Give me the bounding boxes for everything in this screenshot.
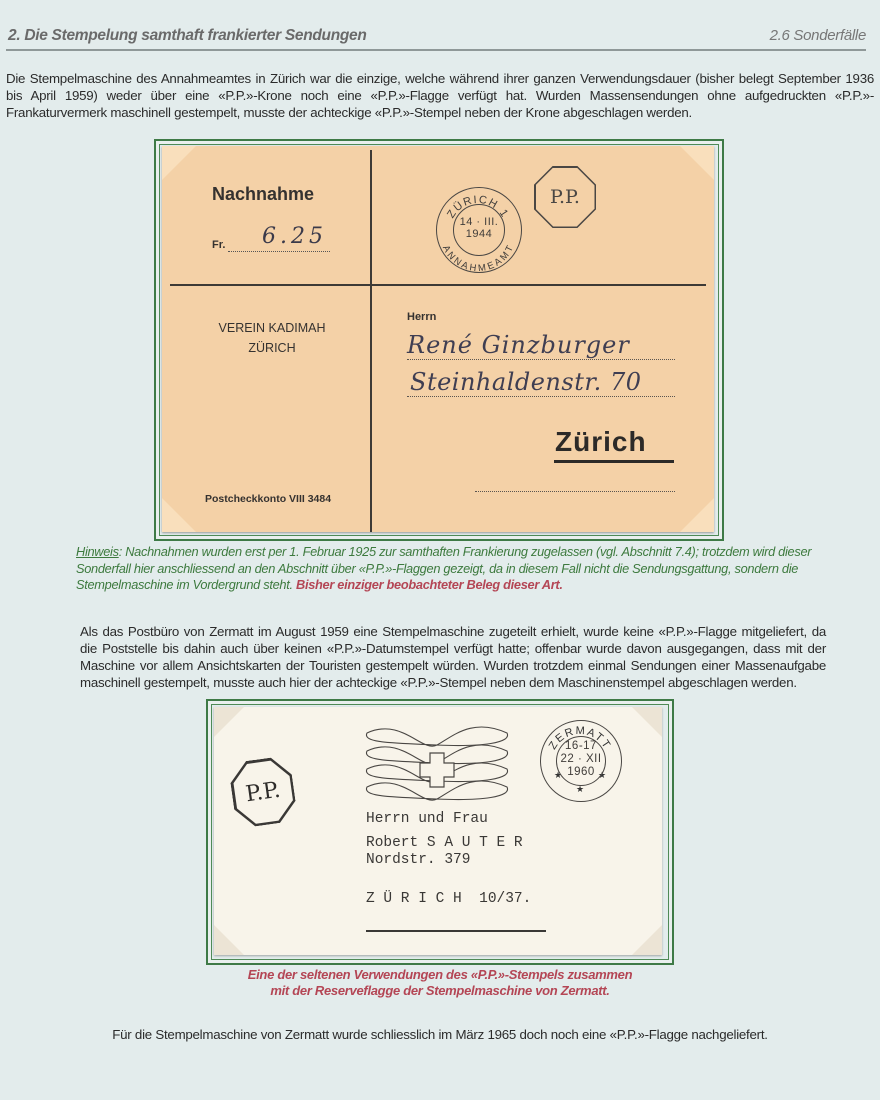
machine-flag-swiss-cross	[362, 723, 512, 808]
caption-line-2: mit der Reserveflagge der Stempelmaschin…	[0, 983, 880, 999]
photo-corner	[214, 707, 244, 737]
recipient-city: Zürich	[555, 426, 647, 458]
postmark-year: 1944	[453, 228, 505, 240]
caption-line-1: Eine der seltenen Verwendungen des «P.P.…	[0, 967, 880, 983]
postmark-zurich: ZÜRICH 1 ANNAHMEAMT 14 · III. 1944	[436, 187, 522, 273]
address-name: Robert S A U T E R	[366, 835, 523, 851]
amount-handwritten: 6.25	[262, 224, 327, 249]
header-divider	[6, 49, 866, 51]
photo-corner	[214, 925, 244, 955]
section-title: 2. Die Stempelung samthaft frankierter S…	[8, 27, 367, 45]
photo-corner	[162, 498, 196, 532]
photo-corner	[632, 707, 662, 737]
postal-account: Postcheckkonto VIII 3484	[205, 493, 331, 505]
amount-line	[228, 251, 330, 252]
postmark-date: 14 · III.	[453, 216, 505, 228]
postmark-year: 1960	[555, 766, 607, 779]
photo-corner	[162, 146, 196, 180]
hint-note: Hinweis: Nachnahmen wurden erst per 1. F…	[76, 544, 816, 594]
pp-octagon-stamp: P.P.	[534, 166, 596, 228]
intro-paragraph: Die Stempelmaschine des Annahmeamtes in …	[6, 70, 874, 121]
address-line	[407, 396, 675, 397]
address-line	[407, 359, 675, 360]
nachnahme-card: Nachnahme Fr. 6.25 ZÜRICH 1 ANNAHMEAMT 1…	[162, 146, 714, 532]
photo-corner	[680, 498, 714, 532]
postmark-time: 16-17	[555, 740, 607, 753]
address-line	[475, 491, 675, 492]
subsection-title: 2.6 Sonderfälle	[770, 27, 866, 44]
zermatt-paragraph: Als das Postbüro von Zermatt im August 1…	[80, 623, 826, 691]
pp-octagon-stamp: P.P.	[228, 755, 299, 829]
card-divider-horizontal	[170, 284, 706, 286]
sender-block: VEREIN KADIMAH ZÜRICH	[212, 318, 332, 358]
currency-label: Fr.	[212, 239, 225, 251]
recipient-street: Steinhaldenstr. 70	[410, 368, 641, 396]
photo-corner	[632, 925, 662, 955]
recipient-salutation: Herrn	[407, 311, 436, 323]
zermatt-cover: P.P. ZERMATT ★ ★ ★ 16-17 22 · XII 1960 H…	[214, 707, 662, 955]
sender-city: ZÜRICH	[212, 338, 332, 358]
address-street: Nordstr. 379	[366, 852, 470, 868]
postmark-zermatt: ZERMATT ★ ★ ★ 16-17 22 · XII 1960	[540, 720, 622, 802]
city-underline	[554, 460, 674, 463]
hint-label: Hinweis	[76, 544, 119, 559]
photo-corner	[680, 146, 714, 180]
postmark-date: 22 · XII	[555, 753, 607, 766]
card-divider-vertical	[370, 150, 372, 532]
address-underline	[366, 930, 546, 932]
hint-emphasis: Bisher einziger beobachteter Beleg diese…	[296, 577, 563, 592]
address-salutation: Herrn und Frau	[366, 811, 488, 827]
recipient-name: René Ginzburger	[407, 331, 630, 359]
exhibit-caption: Eine der seltenen Verwendungen des «P.P.…	[0, 967, 880, 999]
sender-name: VEREIN KADIMAH	[212, 318, 332, 338]
closing-paragraph: Für die Stempelmaschine von Zermatt wurd…	[0, 1026, 880, 1043]
address-city: Z Ü R I C H 10/37.	[366, 891, 531, 907]
card-title: Nachnahme	[212, 184, 314, 205]
